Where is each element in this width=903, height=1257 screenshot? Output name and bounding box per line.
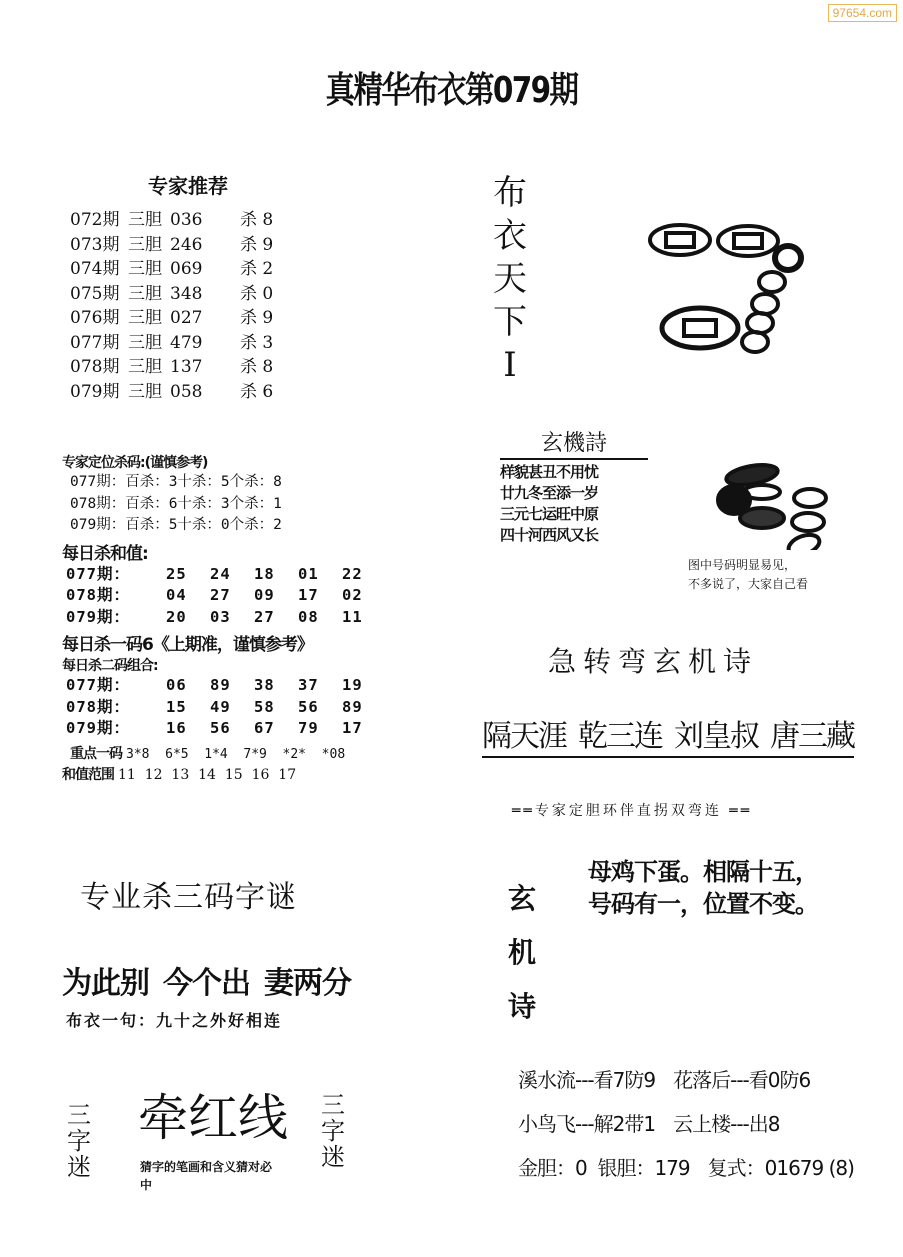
list-item: 079期：2003270811 — [62, 607, 386, 629]
qianhongxian-hint: 猜字的笔画和含义猜对必中 — [140, 1158, 280, 1194]
hints-block: 溪水流---看7防9花落后---看0防6 小鸟飞---解2带1云上楼---出8 … — [518, 1058, 854, 1190]
list-item: 078期：1549585689 — [62, 697, 386, 719]
expert-recommend-heading: 专家推荐 — [148, 170, 228, 199]
qianhongxian: 牵红线 — [138, 1078, 288, 1150]
list-item: 077期三胆479杀 3 — [70, 331, 273, 356]
riddle-poem: 母鸡下蛋。相隔十五， 号码有一，位置不变。 — [588, 856, 818, 920]
xuanji-poem-title: 玄機詩 — [500, 430, 648, 460]
kill-stats-block: 专家定位杀码:(谨慎参考) 077期：百杀：3十杀：5个杀：8 078期：百杀：… — [62, 452, 386, 785]
expert-recommend-list: 072期三胆036杀 8 073期三胆246杀 9 074期三胆069杀 2 0… — [70, 208, 273, 404]
list-item: 079期三胆058杀 6 — [70, 380, 273, 405]
list-item: 078期：0427091702 — [62, 585, 386, 607]
jzw-title: 急转弯玄机诗 — [548, 640, 758, 680]
four-phrases: 隔天涯乾三连刘皇叔唐三藏 — [482, 718, 854, 758]
list-item: 074期三胆069杀 2 — [70, 257, 273, 282]
list-item: 小鸟飞---解2带1云上楼---出8 — [518, 1102, 854, 1146]
list-item: 073期三胆246杀 9 — [70, 233, 273, 258]
sum-range-row: 和值范围11 12 13 14 15 16 17 — [62, 765, 386, 785]
coins-figure-icon — [648, 218, 848, 358]
kill-three-title: 专业杀三码字谜 — [80, 872, 297, 916]
list-item: 076期三胆027杀 9 — [70, 306, 273, 331]
coins-figure-2-icon — [712, 460, 852, 550]
three-char-riddle-left: 三 字 迷 — [64, 1102, 94, 1180]
list-item: 079期：百杀：5十杀：0个杀：2 — [62, 515, 386, 537]
list-item: 077期：2524180122 — [62, 564, 386, 586]
list-item: 077期：百杀：3十杀：5个杀：8 — [62, 472, 386, 494]
daily-sum-kill-heading: 每日杀和值: — [62, 539, 386, 564]
kill-three-riddle: 为此别今个出妻两分 — [62, 958, 365, 1002]
position-kill-heading: 专家定位杀码:(谨慎参考) — [62, 452, 386, 472]
buyi-sentence: 布衣一句：九十之外好相连 — [66, 1008, 282, 1031]
expert-dan-line: ══专家定胆环伴直拐双弯连 ══ — [512, 800, 752, 820]
list-item: 079期：1656677917 — [62, 718, 386, 740]
page-title: 真精华布衣第079期 — [81, 62, 821, 113]
watermark: 97654.com — [828, 4, 897, 22]
xuanji-poem-lines: 样貌甚丑不用忧 廿九冬至添一岁 三元七运旺中原 四十河西风又长 — [500, 462, 598, 546]
list-item: 078期：百杀：6十杀：3个杀：1 — [62, 494, 386, 516]
list-item: 072期三胆036杀 8 — [70, 208, 273, 233]
daily-kill-two-heading: 每日杀二码组合: — [62, 655, 386, 675]
list-item: 075期三胆348杀 0 — [70, 282, 273, 307]
daily-kill-one: 每日杀一码6《上期准，谨慎参考》 — [62, 630, 386, 655]
list-item: 077期：0689383719 — [62, 675, 386, 697]
three-char-riddle-right: 三 字 迷 — [318, 1092, 348, 1170]
list-item: 溪水流---看7防9花落后---看0防6 — [518, 1058, 854, 1102]
image-caption: 图中号码明显易见， 不多说了，大家自己看 — [688, 556, 808, 594]
buyi-tianxia-vertical: 布 衣 天 下 I — [490, 172, 530, 387]
list-item: 金胆：0 银胆：179复式：01679 (8) — [518, 1146, 854, 1190]
list-item: 078期三胆137杀 8 — [70, 355, 273, 380]
key-code-row: 重点一码3*8 6*5 1*4 7*9 *2* *08 — [62, 744, 386, 765]
xuanji-vertical: 玄 机 诗 — [502, 872, 542, 1034]
